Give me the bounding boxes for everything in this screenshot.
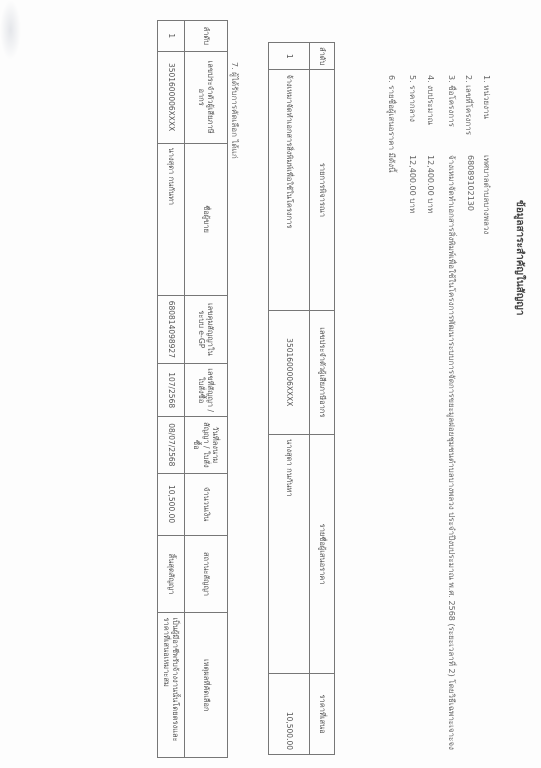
winner-table-header: ลำดับ เลขประจำตัวผู้เสียภาษีอากร ชื่อผู้… <box>185 21 228 758</box>
table-cell: จ้างเหมาจัดทำเอกสารสิ่งพิมพ์เพื่อใช้ในโค… <box>269 70 310 310</box>
table-cell: นางสุดา กนกันทา <box>158 143 185 295</box>
header-cell: เหตุผลที่คัดเลือก <box>185 613 228 758</box>
table-cell: นางสุดา กนกันทา <box>269 435 310 674</box>
winner-table: ลำดับ เลขประจำตัวผู้เสียภาษีอากร ชื่อผู้… <box>157 20 228 758</box>
table-cell: 1 <box>269 43 310 70</box>
table-row: 1 จ้างเหมาจัดทำเอกสารสิ่งพิมพ์เพื่อใช้ใน… <box>269 43 310 755</box>
section-7-title: 7. ผู้ได้รับการคัดเลือก ได้แก่ <box>228 62 241 159</box>
document-page: ข้อมูลสาระสำคัญในสัญญา 1. หน่วยงาน เทศบา… <box>0 0 541 768</box>
header-cell: รายการพิจารณา <box>310 70 335 310</box>
document-title: ข้อมูลสาระสำคัญในสัญญา <box>512 200 527 315</box>
table-cell: 3501600006XXXX <box>269 310 310 435</box>
header-cell: ชื่อผู้ขาย <box>185 143 228 295</box>
table-cell: 08/07/2568 <box>158 417 185 473</box>
bidders-table-header: ลำดับ รายการพิจารณา เลขประจำตัวผู้เสียภา… <box>310 43 335 755</box>
header-cell: เลขประจำตัวผู้เสียภาษีอากร <box>310 310 335 435</box>
header-cell: เลขคุมสัญญาในระบบ e-GP <box>185 295 228 364</box>
table-cell: เป็นผู้มีอาชีพรับจ้างงานนั้นโดยตรงและราค… <box>158 613 185 758</box>
header-cell: วันที่ลงนามสัญญา / ใบสั่งซื้อ <box>185 417 228 473</box>
table-cell: สิ้นสุดสัญญา <box>158 535 185 613</box>
table-cell: 10,500.00 <box>158 473 185 535</box>
header-cell: ราคาที่เสนอ <box>310 674 335 755</box>
header-cell: จำนวนเงิน <box>185 473 228 535</box>
table-cell: 680814098927 <box>158 295 185 364</box>
table-cell: 1 <box>158 21 185 52</box>
table-row: 1 3501600006XXXX นางสุดา กนกันทา 6808140… <box>158 21 185 758</box>
header-cell: สถานะสัญญา <box>185 535 228 613</box>
header-cell: เลขประจำตัวผู้เสียภาษีอากร <box>185 51 228 143</box>
table-cell: 107/2568 <box>158 364 185 417</box>
table-cell: 3501600006XXXX <box>158 51 185 143</box>
table-cell: 10,500.00 <box>269 674 310 755</box>
header-cell: ลำดับ <box>185 21 228 52</box>
header-cell: รายชื่อผู้เสนอราคา <box>310 435 335 674</box>
header-cell: เลขที่สัญญา / ใบสั่งซื้อ <box>185 364 228 417</box>
scan-smudge <box>0 0 21 60</box>
header-cell: ลำดับ <box>310 43 335 70</box>
bidders-table: ลำดับ รายการพิจารณา เลขประจำตัวผู้เสียภา… <box>268 42 335 755</box>
